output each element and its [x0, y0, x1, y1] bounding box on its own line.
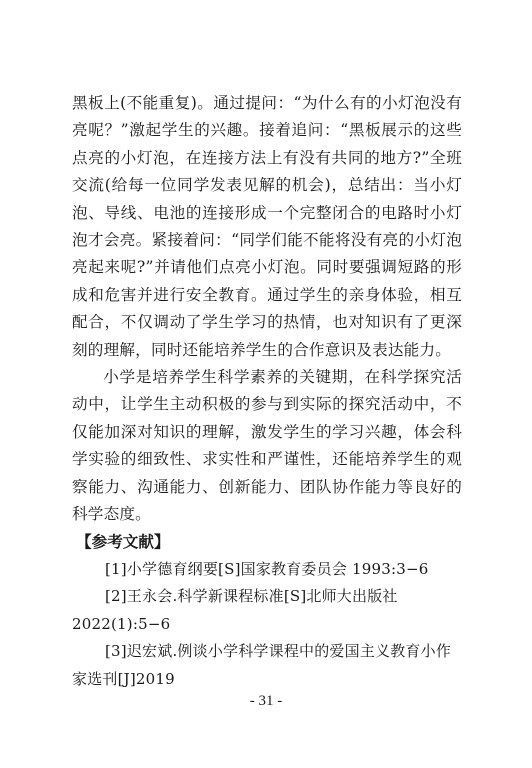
references-heading: 【参考文献】 [72, 529, 462, 556]
reference-item-3: [3]迟宏斌.例谈小学科学课程中的爱国主义教育小作家选刊[J]2019 [72, 638, 462, 693]
page-number: - 31 - [0, 693, 532, 710]
document-page: 黑板上(不能重复)。通过提问：“为什么有的小灯泡没有亮呢？”激起学生的兴趣。接着… [72, 90, 462, 693]
reference-item-2: [2]王永会.科学新课程标准[S]北师大出版社 2022(1):5−6 [72, 583, 462, 638]
body-paragraph-2: 小学是培养学生科学素养的关键期，在科学探究活动中，让学生主动积极的参与到实际的探… [72, 364, 462, 528]
body-paragraph-1: 黑板上(不能重复)。通过提问：“为什么有的小灯泡没有亮呢？”激起学生的兴趣。接着… [72, 90, 462, 364]
reference-item-1: [1]小学德育纲要[S]国家教育委员会 1993:3−6 [72, 556, 462, 583]
